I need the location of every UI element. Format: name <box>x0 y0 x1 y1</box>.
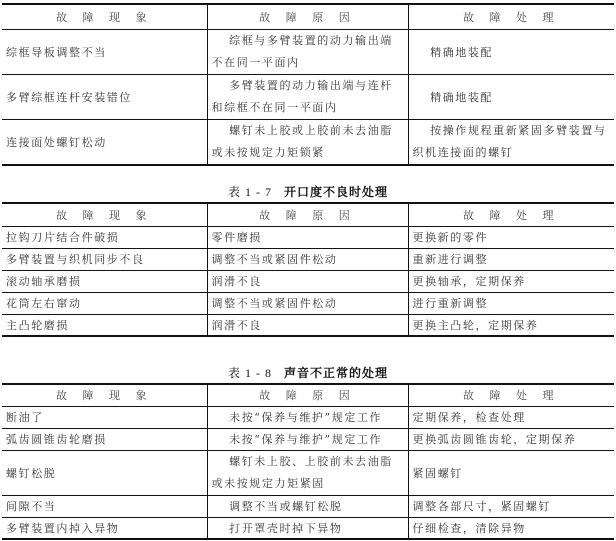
table-row: 断油了 未按“保养与维护”规定工作 定期保养，检查处理 <box>2 406 614 428</box>
cell-phenomenon: 螺钉松脱 <box>2 450 207 495</box>
header-cause: 故 障 原 因 <box>207 384 408 406</box>
table-row: 弧齿圆锥齿轮磨损 未按“保养与维护”规定工作 更换弧齿圆锥齿轮，定期保养 <box>2 428 614 450</box>
cell-cause: 综框与多臂装置的动力输出端不在同一平面内 <box>207 29 408 74</box>
cell-phenomenon: 花筒左右窜动 <box>2 292 207 314</box>
caption-title: 声音不正常的处理 <box>284 366 388 380</box>
cell-cause: 多臂装置的动力输出端与连杆和综框不在同一平面内 <box>207 74 408 119</box>
cell-solution: 更换主凸轮，定期保养 <box>408 314 614 336</box>
cell-cause: 调整不当或紧固件松动 <box>207 248 408 270</box>
header-solution: 故 障 处 理 <box>408 203 614 226</box>
table-row: 连接面处螺钉松动 螺钉未上胶或上胶前未去油脂或未按规定力矩锁紧 按操作规程重新紧… <box>2 119 614 165</box>
caption-number: 表 1 - 7 <box>228 185 272 199</box>
fault-table-1-7: 故 障 现 象 故 障 原 因 故 障 处 理 拉钩刀片结合件破损 零件磨损 更… <box>2 202 614 337</box>
fault-table-1-6-continued: 故 障 现 象 故 障 原 因 故 障 处 理 综框导板调整不当 综框与多臂装置… <box>2 3 614 166</box>
cell-solution: 重新进行调整 <box>408 248 614 270</box>
caption-title: 开口度不良时处理 <box>284 185 388 199</box>
header-phenomenon: 故 障 现 象 <box>2 4 207 29</box>
caption-number: 表 1 - 8 <box>228 366 272 380</box>
table-row: 拉钩刀片结合件破损 零件磨损 更换新的零件 <box>2 226 614 248</box>
table-row: 多臂装置与织机同步不良 调整不当或紧固件松动 重新进行调整 <box>2 248 614 270</box>
cell-phenomenon: 综框导板调整不当 <box>2 29 207 74</box>
cell-solution: 紧固螺钉 <box>408 450 614 495</box>
cell-solution: 调整各部尺寸，紧固螺钉 <box>408 495 614 517</box>
table-caption-1-7: 表 1 - 7开口度不良时处理 <box>0 183 616 200</box>
table-row: 综框导板调整不当 综框与多臂装置的动力输出端不在同一平面内 精确地装配 <box>2 29 614 74</box>
cell-solution: 更换新的零件 <box>408 226 614 248</box>
table-header-row: 故 障 现 象 故 障 原 因 故 障 处 理 <box>2 203 614 226</box>
cell-cause: 未按“保养与维护”规定工作 <box>207 406 408 428</box>
header-phenomenon: 故 障 现 象 <box>2 384 207 406</box>
cell-phenomenon: 断油了 <box>2 406 207 428</box>
header-cause: 故 障 原 因 <box>207 203 408 226</box>
table-row: 主凸轮磨损 润滑不良 更换主凸轮，定期保养 <box>2 314 614 336</box>
cell-phenomenon: 多臂装置内掉入异物 <box>2 517 207 539</box>
table-caption-1-8: 表 1 - 8声音不正常的处理 <box>0 364 616 381</box>
table-row: 花筒左右窜动 调整不当或紧固件松动 进行重新调整 <box>2 292 614 314</box>
cell-phenomenon: 弧齿圆锥齿轮磨损 <box>2 428 207 450</box>
cell-phenomenon: 滚动轴承磨损 <box>2 270 207 292</box>
table-row: 螺钉松脱 螺钉未上胶、上胶前未去油脂或未按规定力矩紧固 紧固螺钉 <box>2 450 614 495</box>
cell-solution: 定期保养，检查处理 <box>408 406 614 428</box>
cell-cause: 零件磨损 <box>207 226 408 248</box>
cell-cause: 未按“保养与维护”规定工作 <box>207 428 408 450</box>
cell-phenomenon: 间隙不当 <box>2 495 207 517</box>
table-row: 滚动轴承磨损 润滑不良 更换轴承，定期保养 <box>2 270 614 292</box>
table-header-row: 故 障 现 象 故 障 原 因 故 障 处 理 <box>2 4 614 29</box>
cell-solution: 更换弧齿圆锥齿轮，定期保养 <box>408 428 614 450</box>
cell-phenomenon: 主凸轮磨损 <box>2 314 207 336</box>
cell-solution: 更换轴承，定期保养 <box>408 270 614 292</box>
header-solution: 故 障 处 理 <box>408 384 614 406</box>
table-header-row: 故 障 现 象 故 障 原 因 故 障 处 理 <box>2 384 614 406</box>
cell-solution: 进行重新调整 <box>408 292 614 314</box>
cell-cause: 调整不当或紧固件松动 <box>207 292 408 314</box>
cell-cause: 打开罩壳时掉下异物 <box>207 517 408 539</box>
cell-phenomenon: 拉钩刀片结合件破损 <box>2 226 207 248</box>
header-cause: 故 障 原 因 <box>207 4 408 29</box>
cell-solution: 精确地装配 <box>408 74 614 119</box>
header-phenomenon: 故 障 现 象 <box>2 203 207 226</box>
cell-cause: 螺钉未上胶或上胶前未去油脂或未按规定力矩锁紧 <box>207 119 408 165</box>
cell-phenomenon: 多臂综框连杆安装错位 <box>2 74 207 119</box>
cell-cause: 润滑不良 <box>207 270 408 292</box>
table-row: 多臂综框连杆安装错位 多臂装置的动力输出端与连杆和综框不在同一平面内 精确地装配 <box>2 74 614 119</box>
cell-solution: 按操作规程重新紧固多臂装置与织机连接面的螺钉 <box>408 119 614 165</box>
cell-phenomenon: 多臂装置与织机同步不良 <box>2 248 207 270</box>
fault-table-1-8: 故 障 现 象 故 障 原 因 故 障 处 理 断油了 未按“保养与维护”规定工… <box>2 383 614 540</box>
cell-solution: 精确地装配 <box>408 29 614 74</box>
header-solution: 故 障 处 理 <box>408 4 614 29</box>
cell-solution: 仔细检查，清除异物 <box>408 517 614 539</box>
cell-phenomenon: 连接面处螺钉松动 <box>2 119 207 165</box>
table-row: 多臂装置内掉入异物 打开罩壳时掉下异物 仔细检查，清除异物 <box>2 517 614 539</box>
cell-cause: 调整不当或螺钉松脱 <box>207 495 408 517</box>
cell-cause: 螺钉未上胶、上胶前未去油脂或未按规定力矩紧固 <box>207 450 408 495</box>
table-row: 间隙不当 调整不当或螺钉松脱 调整各部尺寸，紧固螺钉 <box>2 495 614 517</box>
cell-cause: 润滑不良 <box>207 314 408 336</box>
